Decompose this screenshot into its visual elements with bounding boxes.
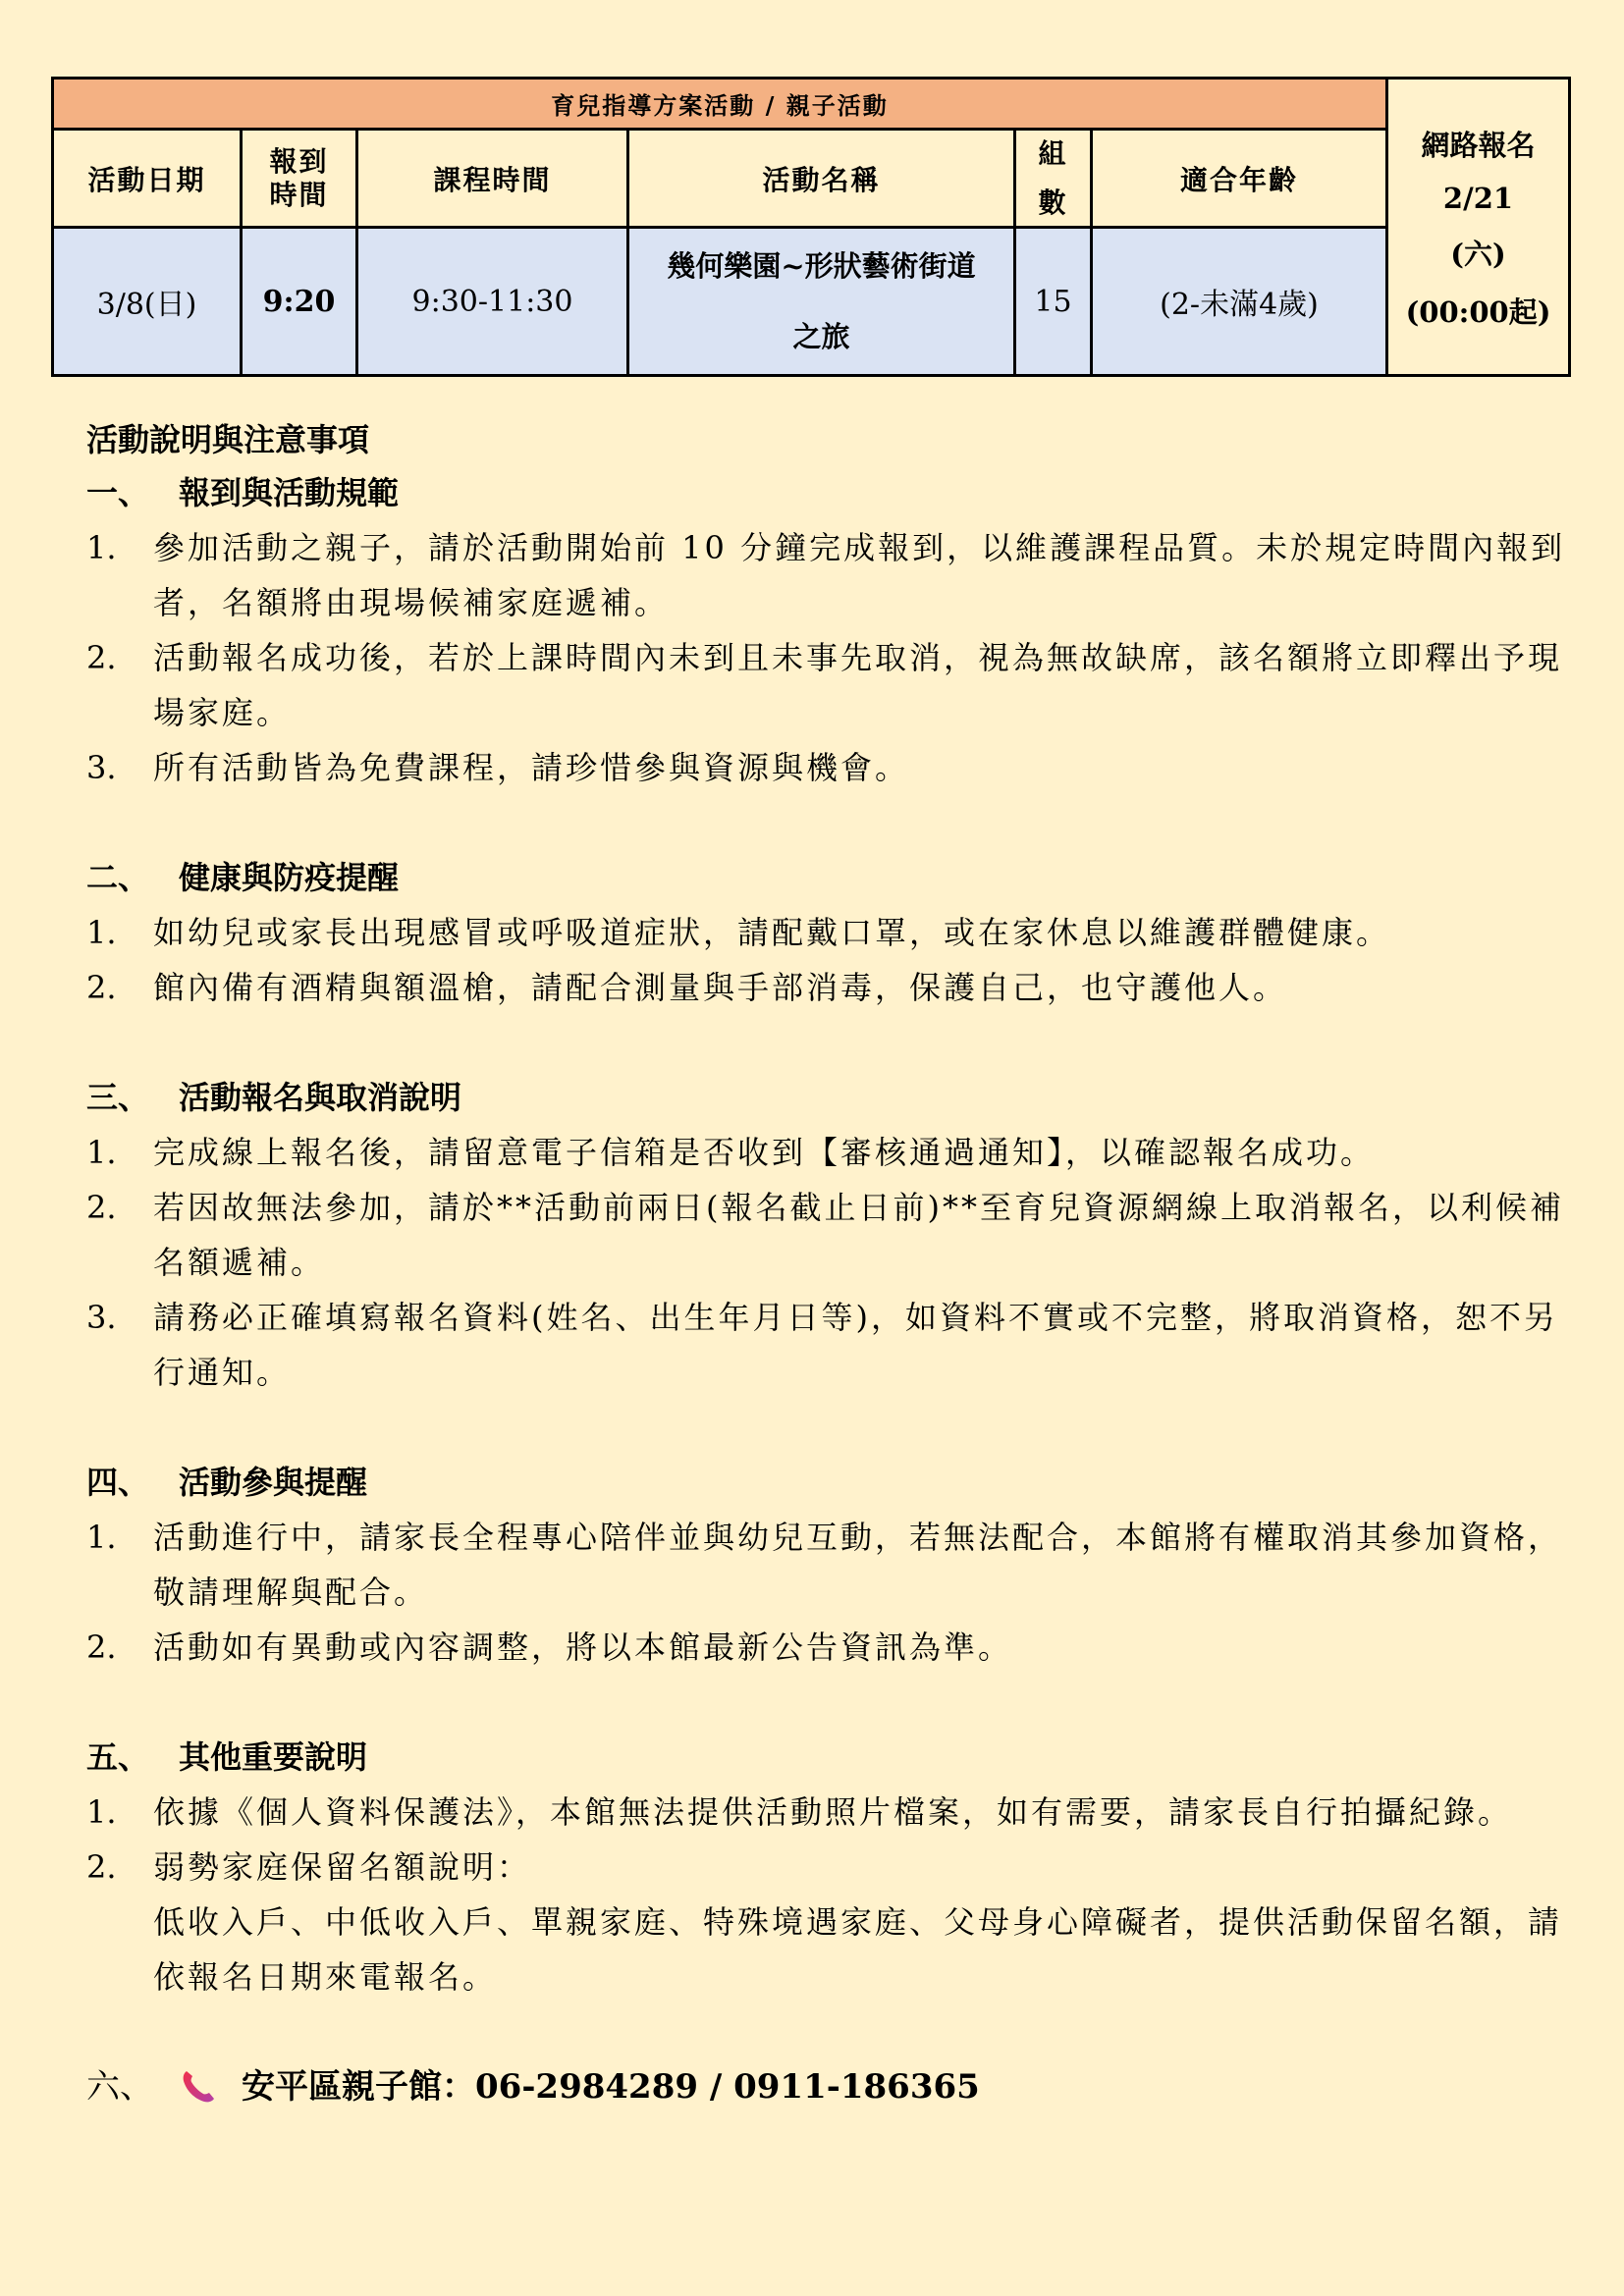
list-item: 2.館內備有酒精與額溫槍，請配合測量與手部消毒，保護自己，也守護他人。 (86, 960, 1579, 1015)
section-registration: 三、 活動報名與取消說明 1.完成線上報名後，請留意電子信箱是否收到【審核通過通… (86, 1070, 1579, 1400)
header-groups: 組 數 (1016, 131, 1093, 229)
registration-time: (00:00起) (1406, 291, 1551, 331)
list-item: 3.所有活動皆為免費課程，請珍惜參與資源與機會。 (86, 740, 1579, 795)
section-title: 健康與防疫提醒 (179, 850, 399, 905)
header-groups-line2: 數 (1038, 179, 1067, 228)
contact-line: 六、 安平區親子館：06-2984289 / 0911-186365 (86, 2059, 1579, 2114)
item-number: 3. (86, 740, 153, 795)
list-item: 1.參加活動之親子，請於活動開始前 10 分鐘完成報到，以維護課程品質。未於規定… (86, 520, 1579, 630)
section-number: 四、 (86, 1455, 179, 1510)
item-text: 請務必正確填寫報名資料(姓名、出生年月日等)，如資料不實或不完整，將取消資格，恕… (153, 1290, 1579, 1400)
section-checkin: 一、 報到與活動規範 1.參加活動之親子，請於活動開始前 10 分鐘完成報到，以… (86, 465, 1579, 795)
list-item: 2.活動報名成功後，若於上課時間內未到且未事先取消，視為無故缺席，該名額將立即釋… (86, 630, 1579, 740)
header-checkin: 報到 時間 (243, 131, 358, 229)
item-number: 1. (86, 1510, 153, 1620)
item-number: 3. (86, 1290, 153, 1400)
doc-title: 活動說明與注意事項 (86, 414, 1579, 465)
row-date: 3/8(日) (54, 229, 243, 374)
list-item: 1.完成線上報名後，請留意電子信箱是否收到【審核通過通知】，以確認報名成功。 (86, 1125, 1579, 1180)
header-checkin-line1: 報到 (269, 145, 328, 179)
header-checkin-line2: 時間 (269, 179, 328, 212)
section-other: 五、 其他重要說明 1.依據《個人資料保護法》，本館無法提供活動照片檔案，如有需… (86, 1730, 1579, 2004)
item-number: 1. (86, 1125, 153, 1180)
section-title: 其他重要說明 (179, 1730, 367, 1785)
list-item: 3.請務必正確填寫報名資料(姓名、出生年月日等)，如資料不實或不完整，將取消資格… (86, 1290, 1579, 1400)
registration-label: 網路報名 (1421, 124, 1535, 164)
item-text: 活動如有異動或內容調整，將以本館最新公告資訊為準。 (153, 1620, 1579, 1675)
section-title: 活動參與提醒 (179, 1455, 367, 1510)
contact-text: 安平區親子館：06-2984289 / 0911-186365 (242, 2059, 980, 2114)
section-number: 二、 (86, 850, 179, 905)
item-number: 1. (86, 1785, 153, 1840)
phone-icon (179, 2067, 218, 2107)
item-text: 依據《個人資料保護法》，本館無法提供活動照片檔案，如有需要，請家長自行拍攝紀錄。 (153, 1785, 1579, 1840)
item-text: 弱勢家庭保留名額說明： (153, 1840, 1579, 1895)
table-title: 育兒指導方案活動 / 親子活動 (54, 80, 1388, 131)
header-age: 適合年齡 (1093, 131, 1388, 229)
item-text: 所有活動皆為免費課程，請珍惜參與資源與機會。 (153, 740, 1579, 795)
header-course-time: 課程時間 (358, 131, 629, 229)
section-heading: 二、 健康與防疫提醒 (86, 850, 1579, 905)
row-groups: 15 (1016, 229, 1093, 374)
section-heading: 一、 報到與活動規範 (86, 465, 1579, 520)
row-checkin: 9:20 (243, 229, 358, 374)
item-number: 2. (86, 1180, 153, 1290)
section-title: 報到與活動規範 (179, 465, 399, 520)
section-heading: 五、 其他重要說明 (86, 1730, 1579, 1785)
list-item: 1.如幼兒或家長出現感冒或呼吸道症狀，請配戴口罩，或在家休息以維護群體健康。 (86, 905, 1579, 960)
item-text: 活動進行中，請家長全程專心陪伴並與幼兒互動，若無法配合，本館將有權取消其參加資格… (153, 1510, 1579, 1620)
schedule-table: 育兒指導方案活動 / 親子活動 網路報名 2/21 (六) (00:00起) 活… (51, 77, 1571, 377)
header-activity-name: 活動名稱 (629, 131, 1016, 229)
header-date: 活動日期 (54, 131, 243, 229)
registration-date: 2/21 (1443, 182, 1513, 215)
registration-cell: 網路報名 2/21 (六) (00:00起) (1388, 80, 1568, 374)
section-health: 二、 健康與防疫提醒 1.如幼兒或家長出現感冒或呼吸道症狀，請配戴口罩，或在家休… (86, 850, 1579, 1015)
item-number: 2. (86, 1840, 153, 1895)
section-number: 六、 (86, 2059, 179, 2114)
section-heading: 三、 活動報名與取消說明 (86, 1070, 1579, 1125)
row-activity-name: 幾何樂園~形狀藝術街道 之旅 (629, 229, 1016, 374)
section-number: 五、 (86, 1730, 179, 1785)
item-text: 參加活動之親子，請於活動開始前 10 分鐘完成報到，以維護課程品質。未於規定時間… (153, 520, 1579, 630)
item-subtext: 低收入戶、中低收入戶、單親家庭、特殊境遇家庭、父母身心障礙者，提供活動保留名額，… (86, 1895, 1579, 2004)
notice-content: 活動說明與注意事項 一、 報到與活動規範 1.參加活動之親子，請於活動開始前 1… (86, 414, 1579, 2114)
activity-name-line2: 之旅 (792, 301, 849, 372)
row-course-time: 9:30-11:30 (358, 229, 629, 374)
list-item: 1.依據《個人資料保護法》，本館無法提供活動照片檔案，如有需要，請家長自行拍攝紀… (86, 1785, 1579, 1840)
registration-weekday: (六) (1450, 233, 1505, 273)
list-item: 2.若因故無法參加，請於**活動前兩日(報名截止日前)**至育兒資源網線上取消報… (86, 1180, 1579, 1290)
list-item: 1.活動進行中，請家長全程專心陪伴並與幼兒互動，若無法配合，本館將有權取消其參加… (86, 1510, 1579, 1620)
section-number: 一、 (86, 465, 179, 520)
item-number: 2. (86, 1620, 153, 1675)
section-title: 活動報名與取消說明 (179, 1070, 461, 1125)
list-item: 2.活動如有異動或內容調整，將以本館最新公告資訊為準。 (86, 1620, 1579, 1675)
activity-name-line1: 幾何樂園~形狀藝術街道 (667, 231, 975, 301)
section-participation: 四、 活動參與提醒 1.活動進行中，請家長全程專心陪伴並與幼兒互動，若無法配合，… (86, 1455, 1579, 1675)
section-heading: 四、 活動參與提醒 (86, 1455, 1579, 1510)
section-number: 三、 (86, 1070, 179, 1125)
item-text: 活動報名成功後，若於上課時間內未到且未事先取消，視為無故缺席，該名額將立即釋出予… (153, 630, 1579, 740)
row-age: (2-未滿4歲) (1093, 229, 1388, 374)
header-groups-line1: 組 (1038, 130, 1067, 179)
list-item: 2.弱勢家庭保留名額說明： (86, 1840, 1579, 1895)
item-text: 完成線上報名後，請留意電子信箱是否收到【審核通過通知】，以確認報名成功。 (153, 1125, 1579, 1180)
item-text: 館內備有酒精與額溫槍，請配合測量與手部消毒，保護自己，也守護他人。 (153, 960, 1579, 1015)
item-text: 如幼兒或家長出現感冒或呼吸道症狀，請配戴口罩，或在家休息以維護群體健康。 (153, 905, 1579, 960)
item-number: 1. (86, 905, 153, 960)
item-number: 2. (86, 960, 153, 1015)
item-number: 1. (86, 520, 153, 630)
item-text: 若因故無法參加，請於**活動前兩日(報名截止日前)**至育兒資源網線上取消報名，… (153, 1180, 1579, 1290)
item-number: 2. (86, 630, 153, 740)
